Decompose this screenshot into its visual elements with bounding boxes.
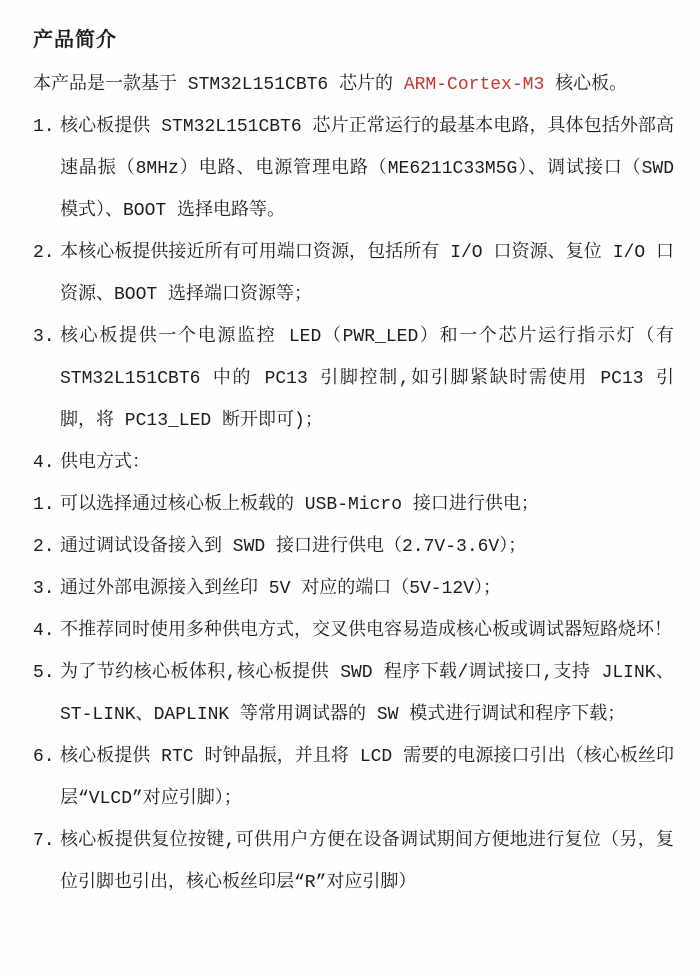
intro-highlight-text: ARM-Cortex-M3 [404, 75, 544, 95]
list-marker: 3. [33, 316, 55, 358]
intro-paragraph: 本产品是一款基于 STM32L151CBT6 芯片的 ARM-Cortex-M3… [33, 64, 674, 106]
document-page: 产品简介 本产品是一款基于 STM32L151CBT6 芯片的 ARM-Cort… [0, 0, 700, 978]
list-item-text: 核心板提供 STM32L151CBT6 芯片正常运行的最基本电路，具体包括外部高… [60, 117, 674, 221]
list-marker: 5. [33, 652, 55, 694]
list-item-4-power-heading: 4. 供电方式： [33, 442, 674, 484]
list-item-text: 供电方式： [60, 453, 150, 473]
list-item-text: 核心板提供复位按键,可供用户方便在设备调试期间方便地进行复位（另，复位引脚也引出… [60, 831, 674, 893]
list-marker: 1. [33, 484, 55, 526]
list-item-6: 6. 核心板提供 RTC 时钟晶振，并且将 LCD 需要的电源接口引出（核心板丝… [33, 736, 674, 820]
list-marker: 3. [33, 568, 55, 610]
intro-text-suffix: 核心板。 [544, 75, 627, 95]
power-sub-item-1: 1. 可以选择通过核心板上板载的 USB-Micro 接口进行供电； [33, 484, 674, 526]
intro-text-prefix: 本产品是一款基于 STM32L151CBT6 芯片的 [33, 75, 404, 95]
list-item-text: 为了节约核心板体积,核心板提供 SWD 程序下载/调试接口,支持 JLINK、S… [60, 663, 674, 725]
list-item-5: 5. 为了节约核心板体积,核心板提供 SWD 程序下载/调试接口,支持 JLIN… [33, 652, 674, 736]
list-item-text: 可以选择通过核心板上板载的 USB-Micro 接口进行供电； [60, 495, 539, 515]
list-marker: 4. [33, 610, 55, 652]
list-marker: 2. [33, 526, 55, 568]
list-item-text: 通过外部电源接入到丝印 5V 对应的端口（5V-12V）； [60, 579, 501, 599]
list-marker: 6. [33, 736, 55, 778]
list-item-text: 本核心板提供接近所有可用端口资源，包括所有 I/O 口资源、复位 I/O 口资源… [60, 243, 674, 305]
list-item-text: 核心板提供 RTC 时钟晶振，并且将 LCD 需要的电源接口引出（核心板丝印层“… [60, 747, 674, 809]
power-sub-item-4: 4. 不推荐同时使用多种供电方式，交叉供电容易造成核心板或调试器短路烧坏！ [33, 610, 674, 652]
list-marker: 7. [33, 820, 55, 862]
power-sub-item-3: 3. 通过外部电源接入到丝印 5V 对应的端口（5V-12V）； [33, 568, 674, 610]
page-title: 产品简介 [33, 20, 674, 64]
power-sub-item-2: 2. 通过调试设备接入到 SWD 接口进行供电（2.7V-3.6V）； [33, 526, 674, 568]
list-item-3: 3. 核心板提供一个电源监控 LED（PWR_LED）和一个芯片运行指示灯（有 … [33, 316, 674, 442]
list-item-text: 通过调试设备接入到 SWD 接口进行供电（2.7V-3.6V）； [60, 537, 526, 557]
list-item-text: 核心板提供一个电源监控 LED（PWR_LED）和一个芯片运行指示灯（有 STM… [60, 327, 674, 431]
list-item-text: 不推荐同时使用多种供电方式，交叉供电容易造成核心板或调试器短路烧坏！ [60, 621, 672, 641]
list-item-1: 1. 核心板提供 STM32L151CBT6 芯片正常运行的最基本电路，具体包括… [33, 106, 674, 232]
list-item-7: 7. 核心板提供复位按键,可供用户方便在设备调试期间方便地进行复位（另，复位引脚… [33, 820, 674, 904]
list-marker: 2. [33, 232, 55, 274]
list-marker: 1. [33, 106, 55, 148]
list-marker: 4. [33, 442, 55, 484]
list-item-2: 2. 本核心板提供接近所有可用端口资源，包括所有 I/O 口资源、复位 I/O … [33, 232, 674, 316]
